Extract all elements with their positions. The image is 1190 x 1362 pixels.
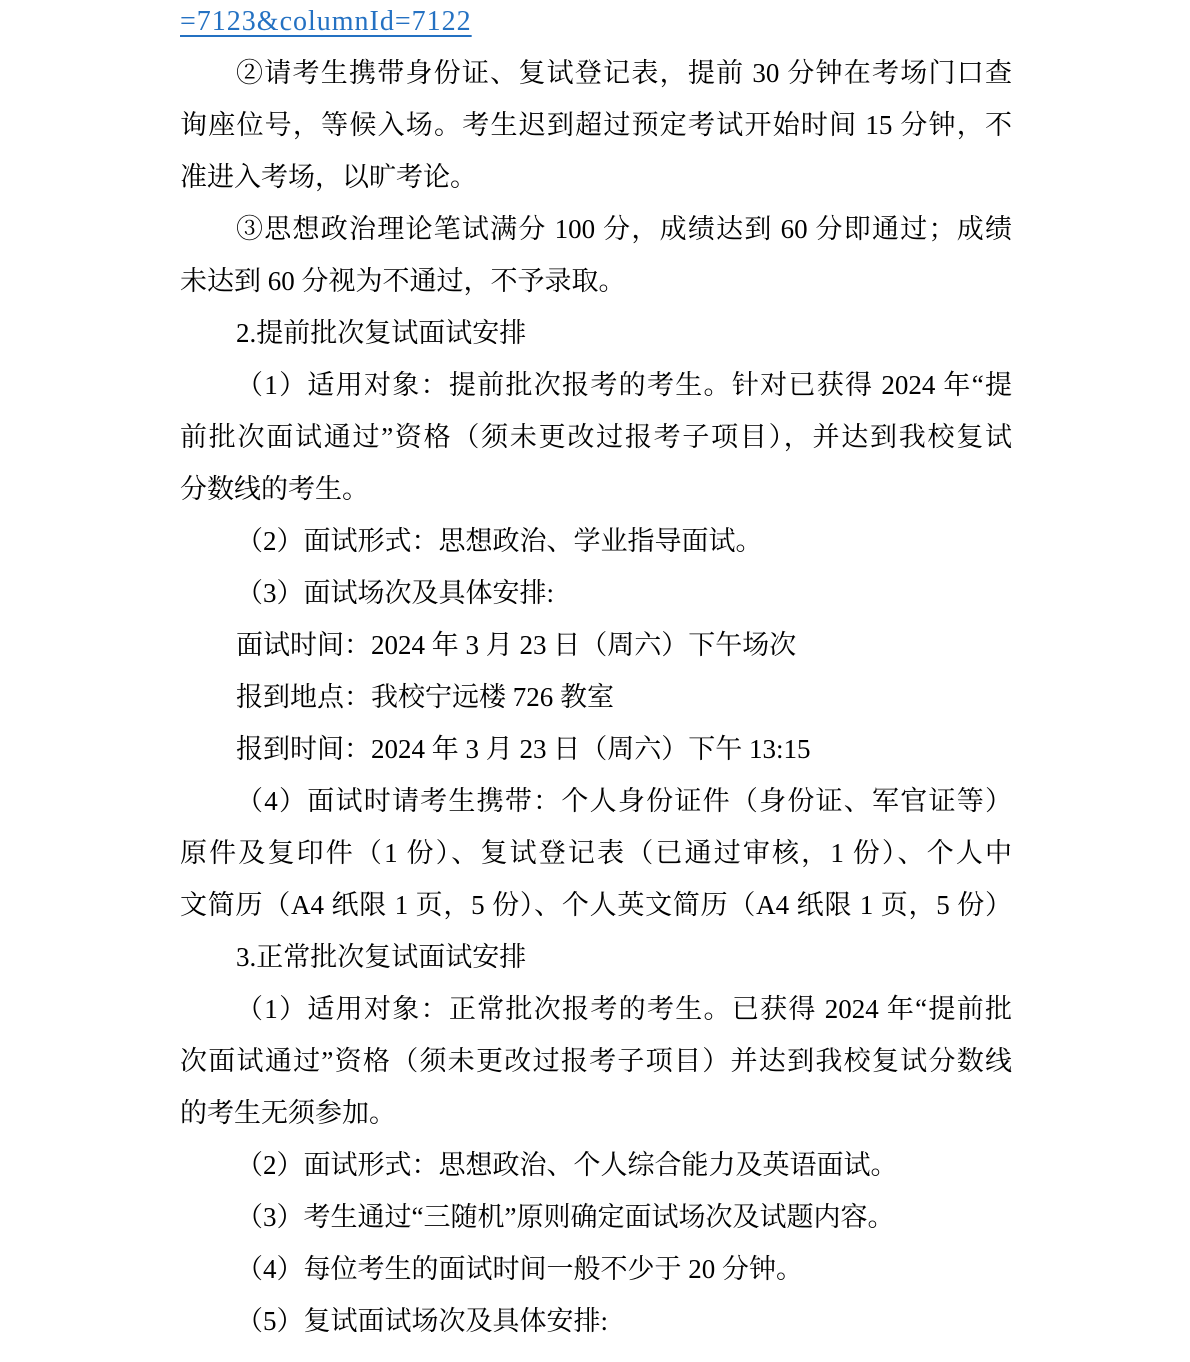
body-paragraph: （4）面试时请考生携带：个人身份证件（身份证、军官证等）原件及复印件（1 份）、… <box>180 775 1012 931</box>
hyperlink-paragraph: =7123&columnId=7122 <box>180 0 1012 47</box>
text-line: （1）适用对象：提前批次报考的考生。针对已获得 2024 年“提 <box>180 359 1012 411</box>
text-line: 文简历（A4 纸限 1 页，5 份）、个人英文简历（A4 纸限 1 页，5 份） <box>180 879 1012 931</box>
body-paragraph: ③思想政治理论笔试满分 100 分，成绩达到 60 分即通过；成绩未达到 60 … <box>180 203 1012 307</box>
text-line: 询座位号，等候入场。考生迟到超过预定考试开始时间 15 分钟，不 <box>180 99 1012 151</box>
body-paragraph: 报到地点：我校宁远楼 726 教室 <box>180 671 1012 723</box>
body-paragraph: （3）考生通过“三随机”原则确定面试场次及试题内容。 <box>180 1191 1012 1243</box>
body-paragraph: （4）每位考生的面试时间一般不少于 20 分钟。 <box>180 1243 1012 1295</box>
text-line: （1）适用对象：正常批次报考的考生。已获得 2024 年“提前批 <box>180 983 1012 1035</box>
document-body: =7123&columnId=7122②请考生携带身份证、复试登记表，提前 30… <box>180 0 1012 1347</box>
body-paragraph: （2）面试形式：思想政治、个人综合能力及英语面试。 <box>180 1139 1012 1191</box>
body-paragraph: 2.提前批次复试面试安排 <box>180 307 1012 359</box>
url-hyperlink[interactable]: =7123&columnId=7122 <box>180 6 472 37</box>
text-line: （3）考生通过“三随机”原则确定面试场次及试题内容。 <box>180 1191 1012 1243</box>
body-paragraph: 报到时间：2024 年 3 月 23 日（周六）下午 13:15 <box>180 723 1012 775</box>
text-line: 未达到 60 分视为不通过，不予录取。 <box>180 255 1012 307</box>
text-line: （4）每位考生的面试时间一般不少于 20 分钟。 <box>180 1243 1012 1295</box>
body-paragraph: （2）面试形式：思想政治、学业指导面试。 <box>180 515 1012 567</box>
body-paragraph: （3）面试场次及具体安排: <box>180 567 1012 619</box>
body-paragraph: （5）复试面试场次及具体安排: <box>180 1295 1012 1347</box>
text-line: 3.正常批次复试面试安排 <box>180 931 1012 983</box>
document-page: =7123&columnId=7122②请考生携带身份证、复试登记表，提前 30… <box>0 0 1190 1362</box>
text-line: =7123&columnId=7122 <box>180 0 1012 47</box>
text-line: （3）面试场次及具体安排: <box>180 567 1012 619</box>
text-line: 准进入考场，以旷考论。 <box>180 151 1012 203</box>
text-line: （2）面试形式：思想政治、学业指导面试。 <box>180 515 1012 567</box>
body-paragraph: （1）适用对象：正常批次报考的考生。已获得 2024 年“提前批次面试通过”资格… <box>180 983 1012 1139</box>
body-paragraph: ②请考生携带身份证、复试登记表，提前 30 分钟在考场门口查询座位号，等候入场。… <box>180 47 1012 203</box>
text-line: ③思想政治理论笔试满分 100 分，成绩达到 60 分即通过；成绩 <box>180 203 1012 255</box>
text-line: （4）面试时请考生携带：个人身份证件（身份证、军官证等） <box>180 775 1012 827</box>
text-line: 前批次面试通过”资格（须未更改过报考子项目），并达到我校复试 <box>180 411 1012 463</box>
text-line: 的考生无须参加。 <box>180 1087 1012 1139</box>
body-paragraph: （1）适用对象：提前批次报考的考生。针对已获得 2024 年“提前批次面试通过”… <box>180 359 1012 515</box>
text-line: 报到地点：我校宁远楼 726 教室 <box>180 671 1012 723</box>
text-line: 分数线的考生。 <box>180 463 1012 515</box>
text-line: 面试时间：2024 年 3 月 23 日（周六）下午场次 <box>180 619 1012 671</box>
text-line: ②请考生携带身份证、复试登记表，提前 30 分钟在考场门口查 <box>180 47 1012 99</box>
text-line: 报到时间：2024 年 3 月 23 日（周六）下午 13:15 <box>180 723 1012 775</box>
body-paragraph: 3.正常批次复试面试安排 <box>180 931 1012 983</box>
text-line: 原件及复印件（1 份）、复试登记表（已通过审核，1 份）、个人中 <box>180 827 1012 879</box>
body-paragraph: 面试时间：2024 年 3 月 23 日（周六）下午场次 <box>180 619 1012 671</box>
text-line: 2.提前批次复试面试安排 <box>180 307 1012 359</box>
text-line: （5）复试面试场次及具体安排: <box>180 1295 1012 1347</box>
text-line: （2）面试形式：思想政治、个人综合能力及英语面试。 <box>180 1139 1012 1191</box>
text-line: 次面试通过”资格（须未更改过报考子项目）并达到我校复试分数线 <box>180 1035 1012 1087</box>
